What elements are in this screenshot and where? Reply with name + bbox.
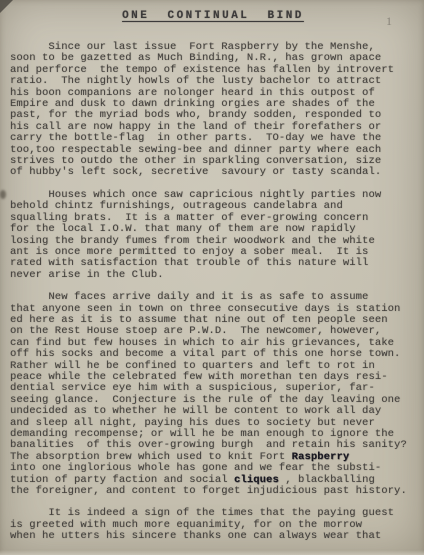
paragraph-2: Houses which once saw capricious nightly… [10, 190, 416, 281]
page-title-text: ONE CONTINUAL BIND [122, 10, 304, 22]
ink-smudge [0, 190, 6, 199]
paragraph-3-text: New faces arrive daily and it is as safe… [10, 291, 407, 463]
paragraph-1: Since our last issue Fort Raspberry by t… [10, 42, 416, 179]
page-bottom-edge [0, 550, 424, 555]
handwritten-correction-raspberry: Raspberry [292, 451, 350, 463]
page-corner-fold [0, 0, 13, 13]
page-title: ONE CONTINUAL BIND [10, 10, 416, 22]
document-page: 1 ONE CONTINUAL BIND Since our last issu… [0, 0, 424, 555]
pencil-mark: 1 [386, 14, 392, 29]
paragraph-4: It is indeed a sign of the times that th… [10, 508, 416, 542]
paragraph-3: New faces arrive daily and it is as safe… [10, 292, 416, 497]
handwritten-correction-cliques: cliques [234, 474, 279, 486]
